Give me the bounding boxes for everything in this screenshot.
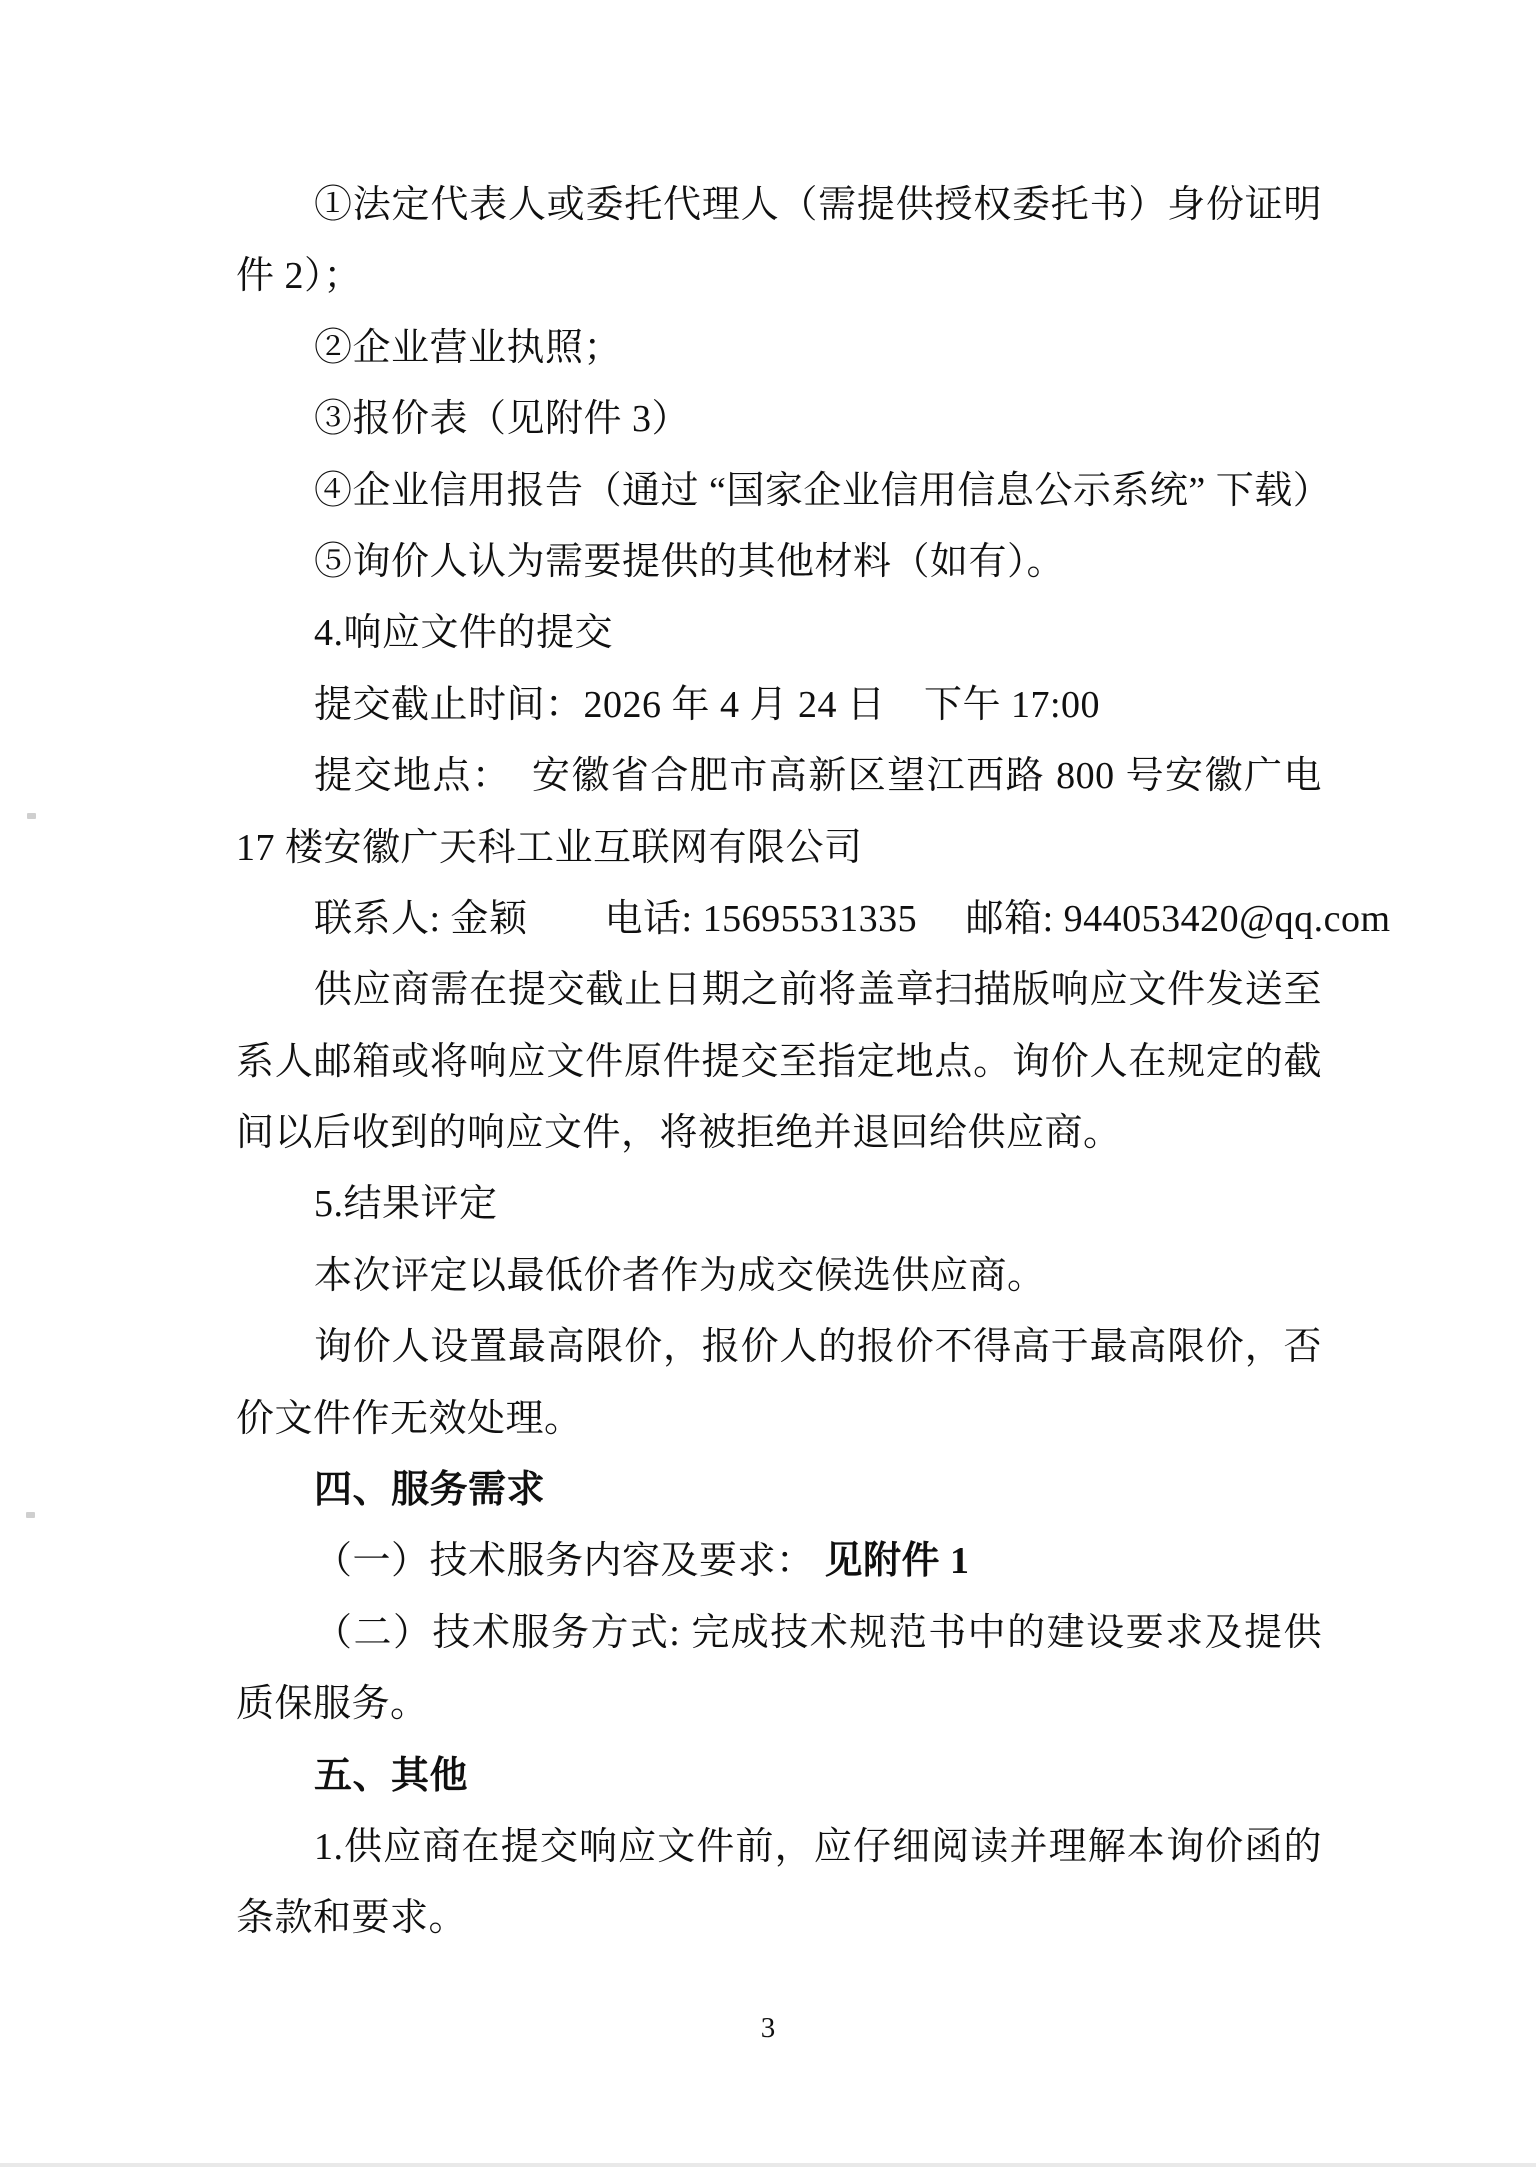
text-line: 提交截止时间：2026 年 4 月 24 日 下午 17:00	[236, 670, 1322, 741]
text-line: ④企业信用报告（通过 “国家企业信用信息公示系统” 下载）	[236, 456, 1322, 527]
text-line: ①法定代表人或委托代理人（需提供授权委托书）身份证明（附	[236, 170, 1322, 241]
text-line: 四、服务需求	[236, 1455, 1322, 1526]
text-line: ⑤询价人认为需要提供的其他材料（如有）。	[236, 527, 1322, 598]
text-line: 件 2）；	[236, 241, 1322, 312]
text-line: 本次评定以最低价者作为成交候选供应商。	[236, 1241, 1322, 1312]
text-line: 五、其他	[236, 1741, 1322, 1812]
text-line: （二）技术服务方式: 完成技术规范书中的建设要求及提供运维	[236, 1598, 1322, 1669]
text-line: 4.响应文件的提交	[236, 598, 1322, 669]
text-line: 系人邮箱或将响应文件原件提交至指定地点。询价人在规定的截止时	[236, 1027, 1322, 1098]
text-line: 质保服务。	[236, 1669, 1322, 1740]
document-body-text: ①法定代表人或委托代理人（需提供授权委托书）身份证明（附件 2）；②企业营业执照…	[236, 170, 1322, 1955]
bold-text-segment: 见附件 1	[825, 1540, 970, 1582]
text-line: （一）技术服务内容及要求： 见附件 1	[236, 1526, 1322, 1597]
text-line: 条款和要求。	[236, 1883, 1322, 1954]
text-line: ②企业营业执照；	[236, 313, 1322, 384]
page-number: 3	[0, 2008, 1536, 2048]
text-line: 询价人设置最高限价，报价人的报价不得高于最高限价，否则报	[236, 1312, 1322, 1383]
text-line: 1.供应商在提交响应文件前，应仔细阅读并理解本询价函的所有	[236, 1812, 1322, 1883]
text-line: 17 楼安徽广天科工业互联网有限公司	[236, 813, 1322, 884]
text-line: 供应商需在提交截止日期之前将盖章扫描版响应文件发送至联	[236, 955, 1322, 1026]
text-line: 价文件作无效处理。	[236, 1384, 1322, 1455]
text-line: 提交地点： 安徽省合肥市高新区望江西路 800 号安徽广电大厦	[236, 741, 1322, 812]
text-line: 5.结果评定	[236, 1169, 1322, 1240]
text-line: ③报价表（见附件 3）	[236, 384, 1322, 455]
document-page: ①法定代表人或委托代理人（需提供授权委托书）身份证明（附件 2）；②企业营业执照…	[0, 0, 1536, 2169]
text-line: 间以后收到的响应文件，将被拒绝并退回给供应商。	[236, 1098, 1322, 1169]
scan-speck-artifact	[26, 1512, 35, 1518]
scan-speck-artifact	[27, 813, 36, 819]
scan-edge-artifact	[0, 2163, 1536, 2167]
text-line: 联系人: 金颖 电话: 15695531335 邮箱: 944053420@qq…	[236, 884, 1322, 955]
